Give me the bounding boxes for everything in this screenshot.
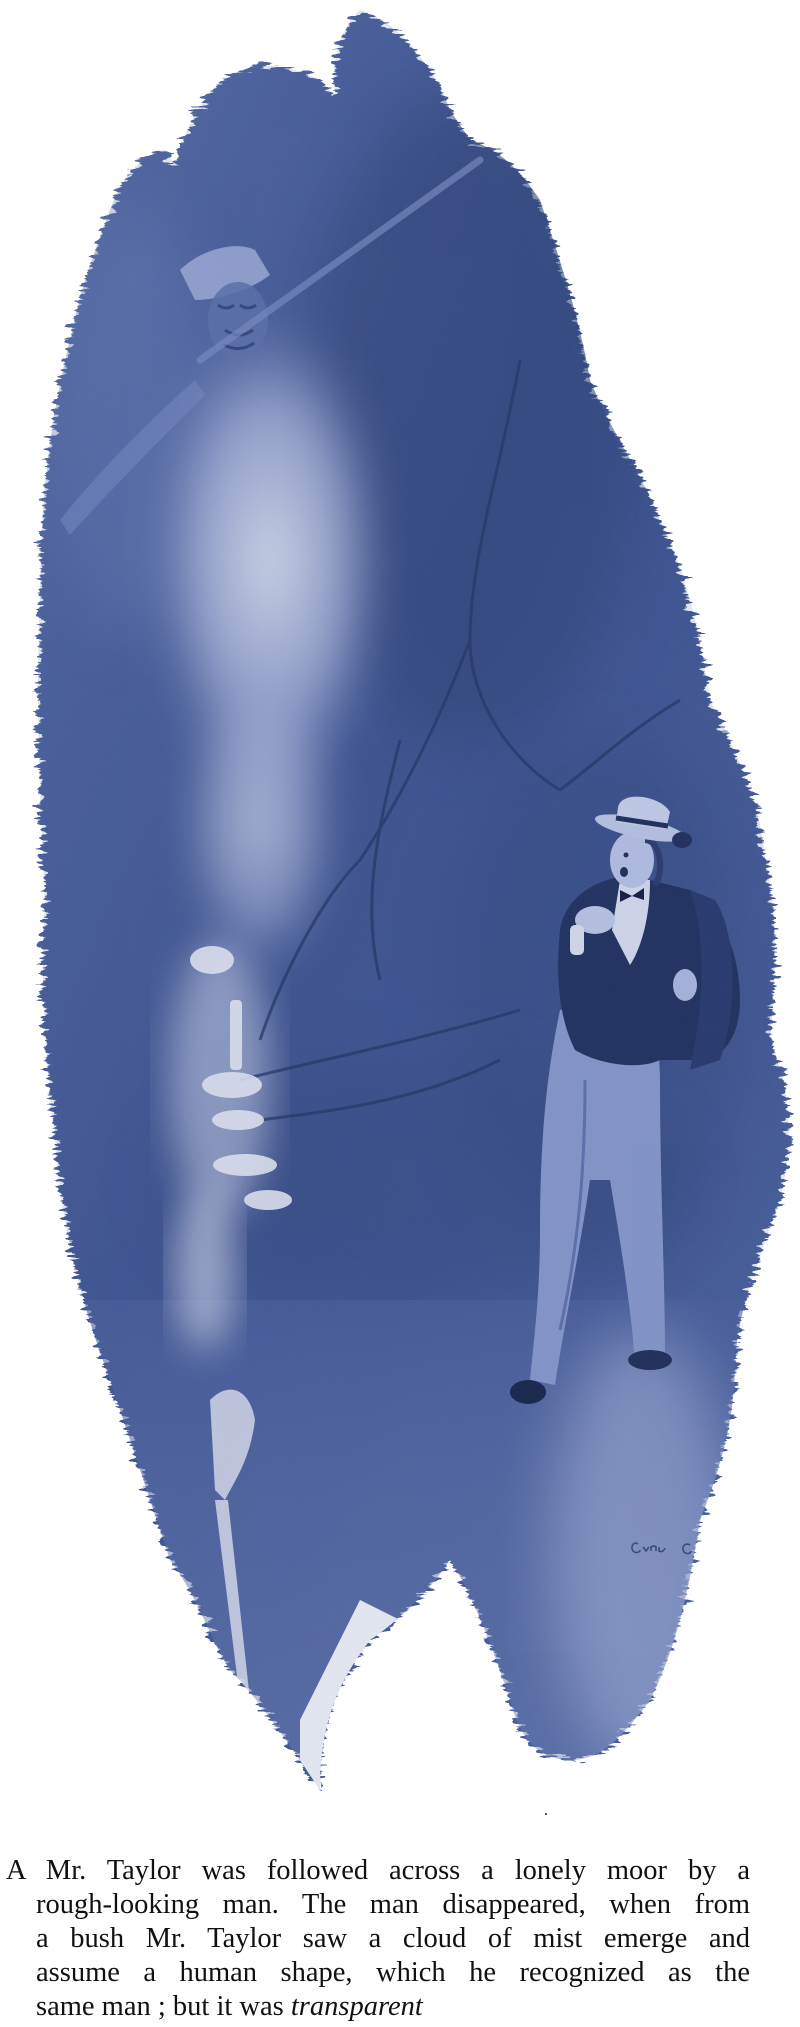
caption-line-5-text: same man ; but it was <box>36 1991 291 2022</box>
caption-line-1: A Mr. Taylor was followed across a lonel… <box>6 1854 750 1888</box>
caption-line-3: a bush Mr. Taylor saw a cloud of mist em… <box>6 1922 750 1956</box>
print-specks <box>545 1813 601 1820</box>
illustration-caption: A Mr. Taylor was followed across a lonel… <box>6 1854 750 2024</box>
caption-emphasis: transparent <box>291 1991 423 2022</box>
caption-line-5: same man ; but it was transparent <box>6 1990 750 2024</box>
caption-line-4: assume a human shape, which he recognize… <box>6 1956 750 1990</box>
ghost-scene-illustration <box>0 0 800 1820</box>
illustration <box>0 0 800 1820</box>
caption-line-2: rough-looking man. The man disappeared, … <box>6 1888 750 1922</box>
